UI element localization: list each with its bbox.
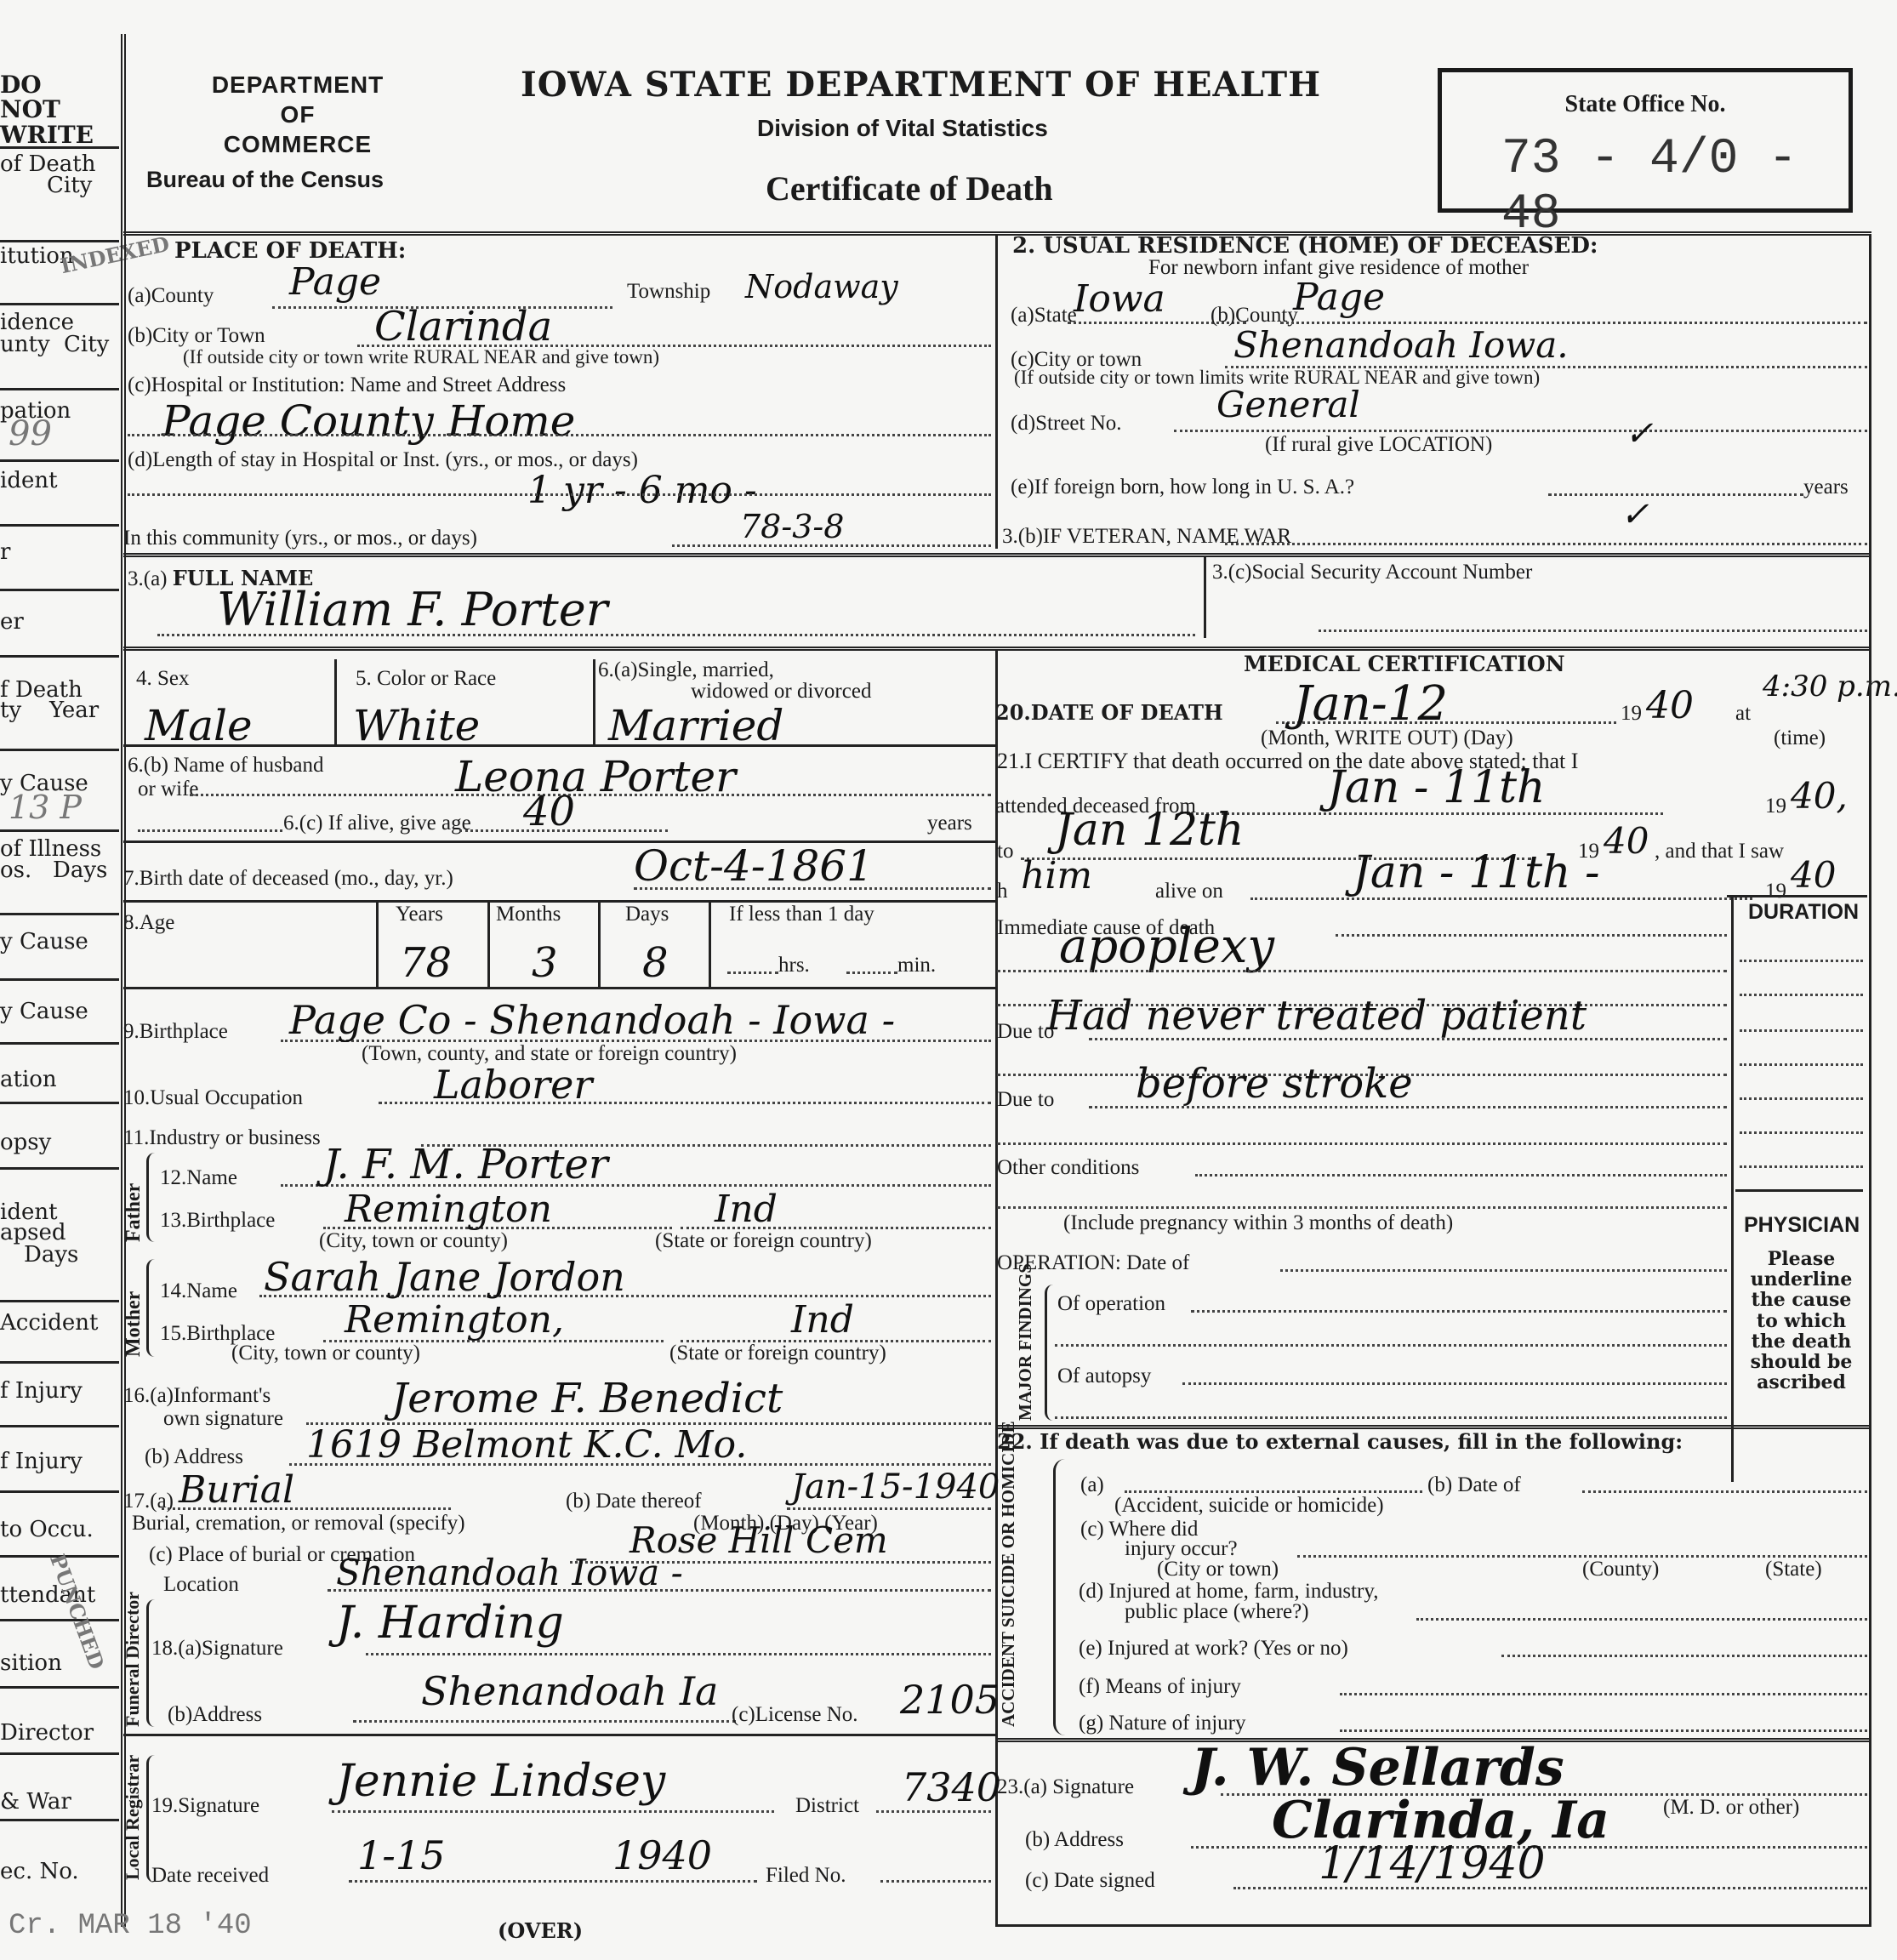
- of-operation-label: Of operation: [1057, 1293, 1165, 1314]
- fd-address-line: [353, 1720, 736, 1723]
- occupation-value[interactable]: Laborer: [434, 1065, 592, 1104]
- age-months-value[interactable]: 3: [532, 943, 558, 983]
- alive-on-year[interactable]: 40: [1791, 857, 1836, 893]
- stay-value[interactable]: 1 yr - 6 mo -: [527, 472, 757, 510]
- spouse-age-value[interactable]: 40: [523, 791, 575, 832]
- registrar-signature-line: [332, 1810, 774, 1813]
- date-received-value[interactable]: 1-15: [357, 1836, 445, 1875]
- divider: [0, 589, 119, 591]
- fd-signature-label: 18.(a)Signature: [151, 1638, 283, 1659]
- column-divider: [334, 659, 337, 744]
- stub-text: f Injury: [0, 1380, 83, 1402]
- stub-text: idence: [0, 311, 74, 333]
- external-c-note-county: (County): [1582, 1558, 1659, 1580]
- stub-text: os.: [0, 859, 31, 881]
- stub-text: apsed: [0, 1222, 66, 1244]
- external-e-line: [1501, 1655, 1867, 1657]
- father-name-label: 12.Name: [160, 1167, 237, 1188]
- attended-from-year[interactable]: 40,: [1791, 778, 1848, 814]
- column-divider: [709, 902, 711, 987]
- alive-on-label: alive on: [1155, 880, 1223, 902]
- column-divider: [593, 659, 595, 744]
- department-block: DEPARTMENT OF COMMERCE: [145, 70, 451, 159]
- external-c-label: injury occur?: [1125, 1538, 1238, 1559]
- spouse-age-label: 6.(c) If alive, give age: [283, 812, 471, 834]
- divider: [0, 524, 119, 527]
- filed-no-line: [880, 1880, 991, 1883]
- received-stamp: Cr. MAR 18 '40: [9, 1910, 252, 1942]
- fd-address-label: (b)Address: [168, 1704, 262, 1725]
- row-rule: [123, 744, 995, 747]
- attended-from-value[interactable]: Jan - 11th: [1327, 766, 1546, 810]
- age-days-value[interactable]: 8: [642, 943, 669, 983]
- stub-text: WRITE: [0, 122, 94, 147]
- divider: [0, 978, 119, 981]
- district-line: [876, 1810, 991, 1813]
- bureau-label: Bureau of the Census: [146, 167, 384, 193]
- him-value[interactable]: him: [1021, 857, 1092, 895]
- duration-line: [1740, 1063, 1863, 1066]
- stub-text: opsy: [0, 1131, 51, 1154]
- physician-note-line: Please: [1735, 1249, 1867, 1269]
- external-f-label: (f) Means of injury: [1079, 1676, 1241, 1697]
- informant-signature[interactable]: Jerome F. Benedict: [391, 1378, 783, 1419]
- year-prefix: 19: [1765, 880, 1786, 902]
- physician-note-line: to which: [1735, 1311, 1867, 1331]
- stub-text: ec. No.: [0, 1860, 79, 1883]
- checkmark-icon: ✓: [1625, 417, 1654, 451]
- external-a-label: (a): [1080, 1474, 1104, 1496]
- physician-label: PHYSICIAN: [1744, 1215, 1860, 1236]
- registrar-side-label: Local Registrar: [123, 1752, 142, 1880]
- date-received-line: [349, 1880, 757, 1883]
- over-label: (OVER): [498, 1918, 583, 1943]
- race-value[interactable]: White: [353, 704, 480, 747]
- divider: [0, 1042, 119, 1045]
- sex-label: 4. Sex: [136, 668, 190, 689]
- min-line: [846, 971, 897, 974]
- form-right-border: [1869, 234, 1871, 1927]
- burial-note: Burial, cremation, or removal (specify): [132, 1513, 465, 1534]
- state-office-label: State Office No.: [1442, 91, 1849, 118]
- city-value[interactable]: Clarinda: [374, 306, 552, 347]
- physician-note-line: should be: [1735, 1352, 1867, 1372]
- community-label: In this community (yrs., or mos., or day…: [123, 527, 477, 549]
- external-a-note: (Accident, suicide or homicide): [1114, 1495, 1384, 1516]
- external-b-line: [1582, 1490, 1867, 1493]
- external-bracket: [1053, 1459, 1066, 1735]
- divider: [0, 1752, 119, 1755]
- death-time-note: (time): [1774, 727, 1826, 749]
- stub-text: Accident: [0, 1312, 98, 1334]
- divider: [0, 1490, 119, 1493]
- stub-text: ation: [0, 1068, 57, 1091]
- occupation-label: 10.Usual Occupation: [123, 1087, 303, 1108]
- stub-text: ident: [0, 470, 58, 492]
- external-c-note-state: (State): [1765, 1558, 1822, 1580]
- veteran-line: [1225, 543, 1867, 545]
- column-divider: [1204, 557, 1206, 638]
- column-divider: [598, 902, 601, 987]
- burial-date-value[interactable]: Jan-15-1940: [791, 1470, 1000, 1504]
- section-rule: [123, 553, 1871, 557]
- district-label: District: [795, 1795, 859, 1816]
- age-col-less-than-day: If less than 1 day: [729, 903, 874, 925]
- stub-text: Days: [24, 1244, 78, 1266]
- duration-line: [1740, 994, 1863, 996]
- spouse-age-prefix-line: [138, 829, 282, 832]
- external-f-line: [1340, 1693, 1867, 1695]
- age-col-years: Years: [396, 903, 443, 925]
- divider: [0, 1686, 119, 1689]
- foreign-unit: years: [1803, 476, 1849, 498]
- informant-label: own signature: [163, 1408, 283, 1429]
- stub-text: y Cause: [0, 931, 88, 953]
- cause-line: [997, 970, 1727, 972]
- date-signed-label: (c) Date signed: [1025, 1870, 1155, 1891]
- stub-text: r: [0, 541, 10, 563]
- external-b-label: (b) Date of: [1427, 1474, 1521, 1496]
- mother-name-label: 14.Name: [160, 1280, 237, 1302]
- other-conditions-line: [1195, 1174, 1727, 1177]
- divider: [0, 459, 119, 462]
- major-findings-side-label: MAJOR FINDINGS: [1017, 1276, 1034, 1421]
- attended-to-value[interactable]: Jan 12th: [1055, 808, 1244, 852]
- column-divider: [995, 234, 998, 549]
- date-received-year[interactable]: 1940: [612, 1836, 712, 1875]
- mother-note-city: (City, town or county): [231, 1342, 420, 1364]
- stay-line: [128, 493, 991, 496]
- operation-date-line: [1280, 1269, 1727, 1272]
- divider: [0, 146, 119, 149]
- department-text: OF: [145, 100, 451, 129]
- foreign-line: [1548, 493, 1803, 496]
- stub-text: ty: [0, 699, 21, 721]
- ssn-label: 3.(c)Social Security Account Number: [1212, 561, 1532, 583]
- birth-date-label: 7.Birth date of deceased (mo., day, yr.): [123, 868, 453, 889]
- informant-address-value[interactable]: 1619 Belmont K.C. Mo.: [306, 1427, 747, 1464]
- res-city-value[interactable]: Shenandoah Iowa.: [1233, 328, 1569, 363]
- father-birthplace-label: 13.Birthplace: [160, 1210, 275, 1231]
- divider: [0, 749, 119, 751]
- informant-address-label: (b) Address: [145, 1446, 243, 1467]
- divider: [0, 655, 119, 658]
- stub-text: f Injury: [0, 1450, 83, 1473]
- findings-bracket: [1045, 1285, 1056, 1421]
- physician-note-line: the cause: [1735, 1290, 1867, 1310]
- marital-label: widowed or divorced: [691, 681, 871, 702]
- department-text: COMMERCE: [145, 129, 451, 159]
- duration-divider: [1731, 895, 1734, 1482]
- row-rule: [123, 987, 995, 989]
- birth-date-value[interactable]: Oct-4-1861: [634, 845, 874, 887]
- physician-signature-label: 23.(a) Signature: [997, 1776, 1134, 1798]
- age-col-days: Days: [625, 903, 669, 925]
- father-note-city: (City, town or county): [319, 1230, 508, 1251]
- spouse-label: 6.(b) Name of husband: [128, 755, 324, 776]
- sex-value[interactable]: Male: [145, 704, 253, 747]
- department-text: DEPARTMENT: [145, 70, 451, 100]
- full-name-number: 3.(a): [128, 567, 168, 590]
- duration-line: [1740, 1097, 1863, 1100]
- ssn-line: [1319, 630, 1867, 632]
- cause-line: [997, 1142, 1727, 1145]
- fd-signature[interactable]: J. Harding: [336, 1601, 564, 1645]
- date-received-label: Date received: [151, 1865, 269, 1886]
- death-date-value[interactable]: Jan-12: [1293, 681, 1448, 728]
- physician-signature-note: (M. D. or other): [1663, 1797, 1799, 1818]
- min-label: min.: [897, 954, 936, 976]
- stub-text: Director: [0, 1722, 94, 1744]
- duration-line: [1740, 1029, 1863, 1032]
- burial-date-line: [787, 1507, 991, 1510]
- stub-text: er: [0, 611, 24, 633]
- physician-note-line: the death: [1735, 1331, 1867, 1352]
- divider: [0, 1819, 119, 1821]
- divider: [0, 1167, 119, 1170]
- external-d-line: [1416, 1618, 1867, 1621]
- physician-note-line: underline: [1735, 1269, 1867, 1290]
- column-divider: [376, 902, 379, 987]
- death-time-value[interactable]: 4:30 p.m.: [1763, 672, 1897, 701]
- divider: [0, 388, 119, 390]
- divider: [0, 240, 119, 242]
- mother-bracket: [146, 1259, 157, 1357]
- stay-label: (d)Length of stay in Hospital or Inst. (…: [128, 449, 638, 470]
- father-bracket: [146, 1153, 157, 1242]
- birthplace-label: 9.Birthplace: [123, 1021, 228, 1042]
- death-year-prefix: 19: [1621, 703, 1642, 724]
- divider: [0, 829, 119, 832]
- street-note: (If rural give LOCATION): [1265, 434, 1492, 455]
- county-label: (a)County: [128, 285, 214, 306]
- alive-on-value[interactable]: Jan - 11th -: [1353, 851, 1600, 895]
- duration-line: [1740, 1131, 1863, 1134]
- mother-birthplace-state[interactable]: Ind: [791, 1302, 854, 1339]
- district-value[interactable]: 7340: [902, 1768, 1001, 1807]
- res-county-value[interactable]: Page: [1293, 279, 1385, 316]
- stub-text: sition: [0, 1652, 62, 1674]
- date-signed-value[interactable]: 1/14/1940: [1319, 1842, 1546, 1886]
- physician-note: Please underline the cause to which the …: [1735, 1249, 1867, 1393]
- external-d-label: public place (where?): [1125, 1601, 1309, 1622]
- external-side-label: ACCIDENT SUICIDE OR HOMICIDE: [1000, 1472, 1017, 1727]
- duration-rule: [1727, 895, 1867, 897]
- physician-signature[interactable]: J. W. Sellards: [1191, 1742, 1564, 1793]
- race-label: 5. Color or Race: [356, 668, 496, 689]
- stub-text: DO: [0, 72, 94, 97]
- spouse-age-unit: years: [927, 812, 972, 834]
- death-date-note: (Month, WRITE OUT) (Day): [1261, 727, 1513, 749]
- stub-handwriting: 99: [9, 417, 52, 451]
- fd-address-value[interactable]: Shenandoah Ia: [421, 1672, 718, 1711]
- full-name-line: [157, 634, 1195, 636]
- external-e-label: (e) Injured at work? (Yes or no): [1079, 1638, 1348, 1659]
- hrs-label: hrs.: [778, 954, 810, 976]
- row-rule: [123, 1734, 995, 1736]
- physician-address-label: (b) Address: [1025, 1829, 1124, 1850]
- age-label: 8.Age: [123, 912, 174, 933]
- community-line: [672, 544, 991, 547]
- of-autopsy-line: [1182, 1382, 1727, 1385]
- of-operation-line-2: [1055, 1344, 1727, 1347]
- township-label: Township: [627, 281, 710, 302]
- registrar-signature[interactable]: Jennie Lindsey: [336, 1759, 665, 1803]
- stub-text: unty: [0, 333, 50, 356]
- mother-name-value[interactable]: Sarah Jane Jordon: [264, 1257, 625, 1296]
- of-autopsy-label: Of autopsy: [1057, 1365, 1151, 1387]
- attended-to-year[interactable]: 40: [1604, 823, 1649, 859]
- do-not-write-label: DO NOT WRITE: [0, 72, 94, 147]
- fd-license-label: (c)License No.: [732, 1704, 858, 1725]
- registrar-signature-label: 19.Signature: [151, 1795, 259, 1816]
- burial-value[interactable]: Burial: [179, 1472, 294, 1509]
- funeral-director-side-label: Funeral Director: [123, 1599, 142, 1727]
- street-line: [1174, 430, 1867, 432]
- marital-label: 6.(a)Single, married,: [598, 659, 774, 681]
- certificate-title: Certificate of Death: [766, 168, 1053, 208]
- stub-handwriting: 13 P: [9, 791, 82, 823]
- external-a-line: [1125, 1490, 1422, 1493]
- city-note: (If outside city or town write RURAL NEA…: [183, 347, 659, 367]
- city-label: (b)City or Town: [128, 325, 265, 346]
- external-d-label: (d) Injured at home, farm, industry,: [1079, 1581, 1378, 1602]
- death-year-value[interactable]: 40: [1646, 687, 1694, 725]
- mother-birthplace-city[interactable]: Remington,: [345, 1302, 564, 1339]
- hospital-line: [128, 434, 991, 436]
- external-g-line: [1340, 1729, 1867, 1732]
- street-label: (d)Street No.: [1011, 413, 1122, 434]
- mother-side-label: Mother: [123, 1255, 144, 1357]
- indexed-stamp: INDEXED: [58, 231, 171, 278]
- stub-text: City: [47, 174, 92, 197]
- divider: [0, 303, 119, 305]
- pregnancy-note: (Include pregnancy within 3 months of de…: [1063, 1212, 1453, 1234]
- duration-rule: [1735, 1189, 1863, 1192]
- external-c-note-city: (City or town): [1157, 1558, 1279, 1580]
- saw-label: , and that I saw: [1655, 840, 1784, 862]
- divider: [0, 1102, 119, 1104]
- of-operation-line: [1191, 1310, 1727, 1313]
- division-label: Division of Vital Statistics: [757, 115, 1048, 142]
- duration-line: [1740, 1165, 1863, 1168]
- marital-value[interactable]: Married: [608, 704, 783, 747]
- father-name-value[interactable]: J. F. M. Porter: [323, 1144, 608, 1185]
- death-date-row: 20.DATE OF DEATH: [995, 703, 1223, 724]
- form-bottom-border: [995, 1924, 1871, 1927]
- fd-license-value[interactable]: 2105: [900, 1680, 1000, 1719]
- at-label: at: [1735, 703, 1751, 724]
- of-autopsy-line-2: [1055, 1416, 1727, 1419]
- due-to-value[interactable]: Had never treated patient: [1046, 995, 1587, 1036]
- page-title: IOWA STATE DEPARTMENT OF HEALTH: [521, 65, 1321, 105]
- stub-text: NOT: [0, 97, 94, 122]
- immediate-cause-line: [1336, 934, 1727, 937]
- hospital-label: (c)Hospital or Institution: Name and Str…: [128, 374, 566, 396]
- him-label: h: [997, 880, 1008, 902]
- hrs-line: [727, 971, 778, 974]
- filed-no-label: Filed No.: [766, 1865, 846, 1886]
- physician-note-line: ascribed: [1735, 1372, 1867, 1393]
- street-value[interactable]: General: [1216, 387, 1360, 423]
- stub-text: to Occu.: [0, 1518, 94, 1541]
- burial-location-value[interactable]: Shenandoah Iowa -: [336, 1555, 683, 1591]
- other-conditions-label: Other conditions: [997, 1157, 1139, 1178]
- state-office-box: State Office No. 73 - 4/0 - 48: [1438, 68, 1853, 213]
- full-name-value[interactable]: William F. Porter: [217, 587, 608, 633]
- father-side-label: Father: [123, 1153, 144, 1242]
- county-value[interactable]: Page: [289, 264, 381, 301]
- state-value[interactable]: Iowa: [1074, 281, 1165, 318]
- external-causes-heading: 22. If death was due to external causes,…: [997, 1432, 1683, 1452]
- father-note-state: (State or foreign country): [655, 1230, 872, 1251]
- attended-to-label: to: [997, 840, 1013, 862]
- fd-signature-line: [366, 1653, 991, 1655]
- community-value[interactable]: 78-3-8: [740, 510, 844, 543]
- place-of-death-heading: PLACE OF DEATH:: [174, 240, 406, 262]
- divider: [0, 1619, 119, 1621]
- spouse-value[interactable]: Leona Porter: [455, 755, 736, 798]
- immediate-cause-value[interactable]: apoplexy: [1059, 923, 1274, 971]
- duration-label: DURATION: [1748, 902, 1859, 923]
- due-to-value-2[interactable]: before stroke: [1136, 1063, 1413, 1104]
- age-col-months: Months: [496, 903, 561, 925]
- residence-heading: 2. USUAL RESIDENCE (HOME) OF DECEASED:: [1012, 235, 1598, 257]
- township-value[interactable]: Nodaway: [745, 271, 898, 303]
- death-date-label: 20.DATE OF DEATH: [995, 702, 1223, 725]
- year-prefix: 19: [1765, 795, 1786, 817]
- stub-text: City: [64, 333, 109, 356]
- duration-line: [1740, 960, 1863, 962]
- funeral-director-bracket: [146, 1599, 157, 1727]
- father-birthplace-city[interactable]: Remington: [345, 1191, 552, 1228]
- divider: [0, 1361, 119, 1364]
- industry-label: 11.Industry or business: [123, 1127, 321, 1148]
- divider: [0, 913, 119, 915]
- checkmark-icon: ✓: [1621, 498, 1649, 532]
- medical-heading: MEDICAL CERTIFICATION: [1244, 653, 1565, 675]
- other-conditions-line-2: [997, 1206, 1727, 1209]
- informant-label: 16.(a)Informant's: [123, 1385, 271, 1406]
- state-office-number: 73 - 4/0 - 48: [1501, 132, 1849, 242]
- stub-text: Days: [53, 859, 107, 881]
- burial-location-label: Location: [163, 1574, 239, 1595]
- death-date-label-text: 20.DATE OF DEATH: [995, 700, 1223, 725]
- mother-note-state: (State or foreign country): [669, 1342, 886, 1364]
- stub-text: y Cause: [0, 1000, 88, 1023]
- column-divider: [487, 902, 490, 987]
- divider: [0, 1425, 119, 1427]
- burial-date-label: (b) Date thereof: [566, 1490, 702, 1512]
- age-years-value[interactable]: 78: [400, 943, 452, 983]
- father-birthplace-state[interactable]: Ind: [715, 1191, 778, 1228]
- external-g-label: (g) Nature of injury: [1079, 1712, 1245, 1734]
- birth-date-line: [634, 887, 991, 890]
- spouse-label: or wife: [138, 778, 199, 800]
- stub-text: & War: [0, 1791, 71, 1813]
- foreign-label: (e)If foreign born, how long in U. S. A.…: [1011, 476, 1354, 498]
- birthplace-value[interactable]: Page Co - Shenandoah - Iowa -: [289, 1000, 895, 1040]
- stub-text: Year: [49, 699, 99, 721]
- divider: [0, 1300, 119, 1302]
- due-to-label-2: Due to: [997, 1089, 1054, 1110]
